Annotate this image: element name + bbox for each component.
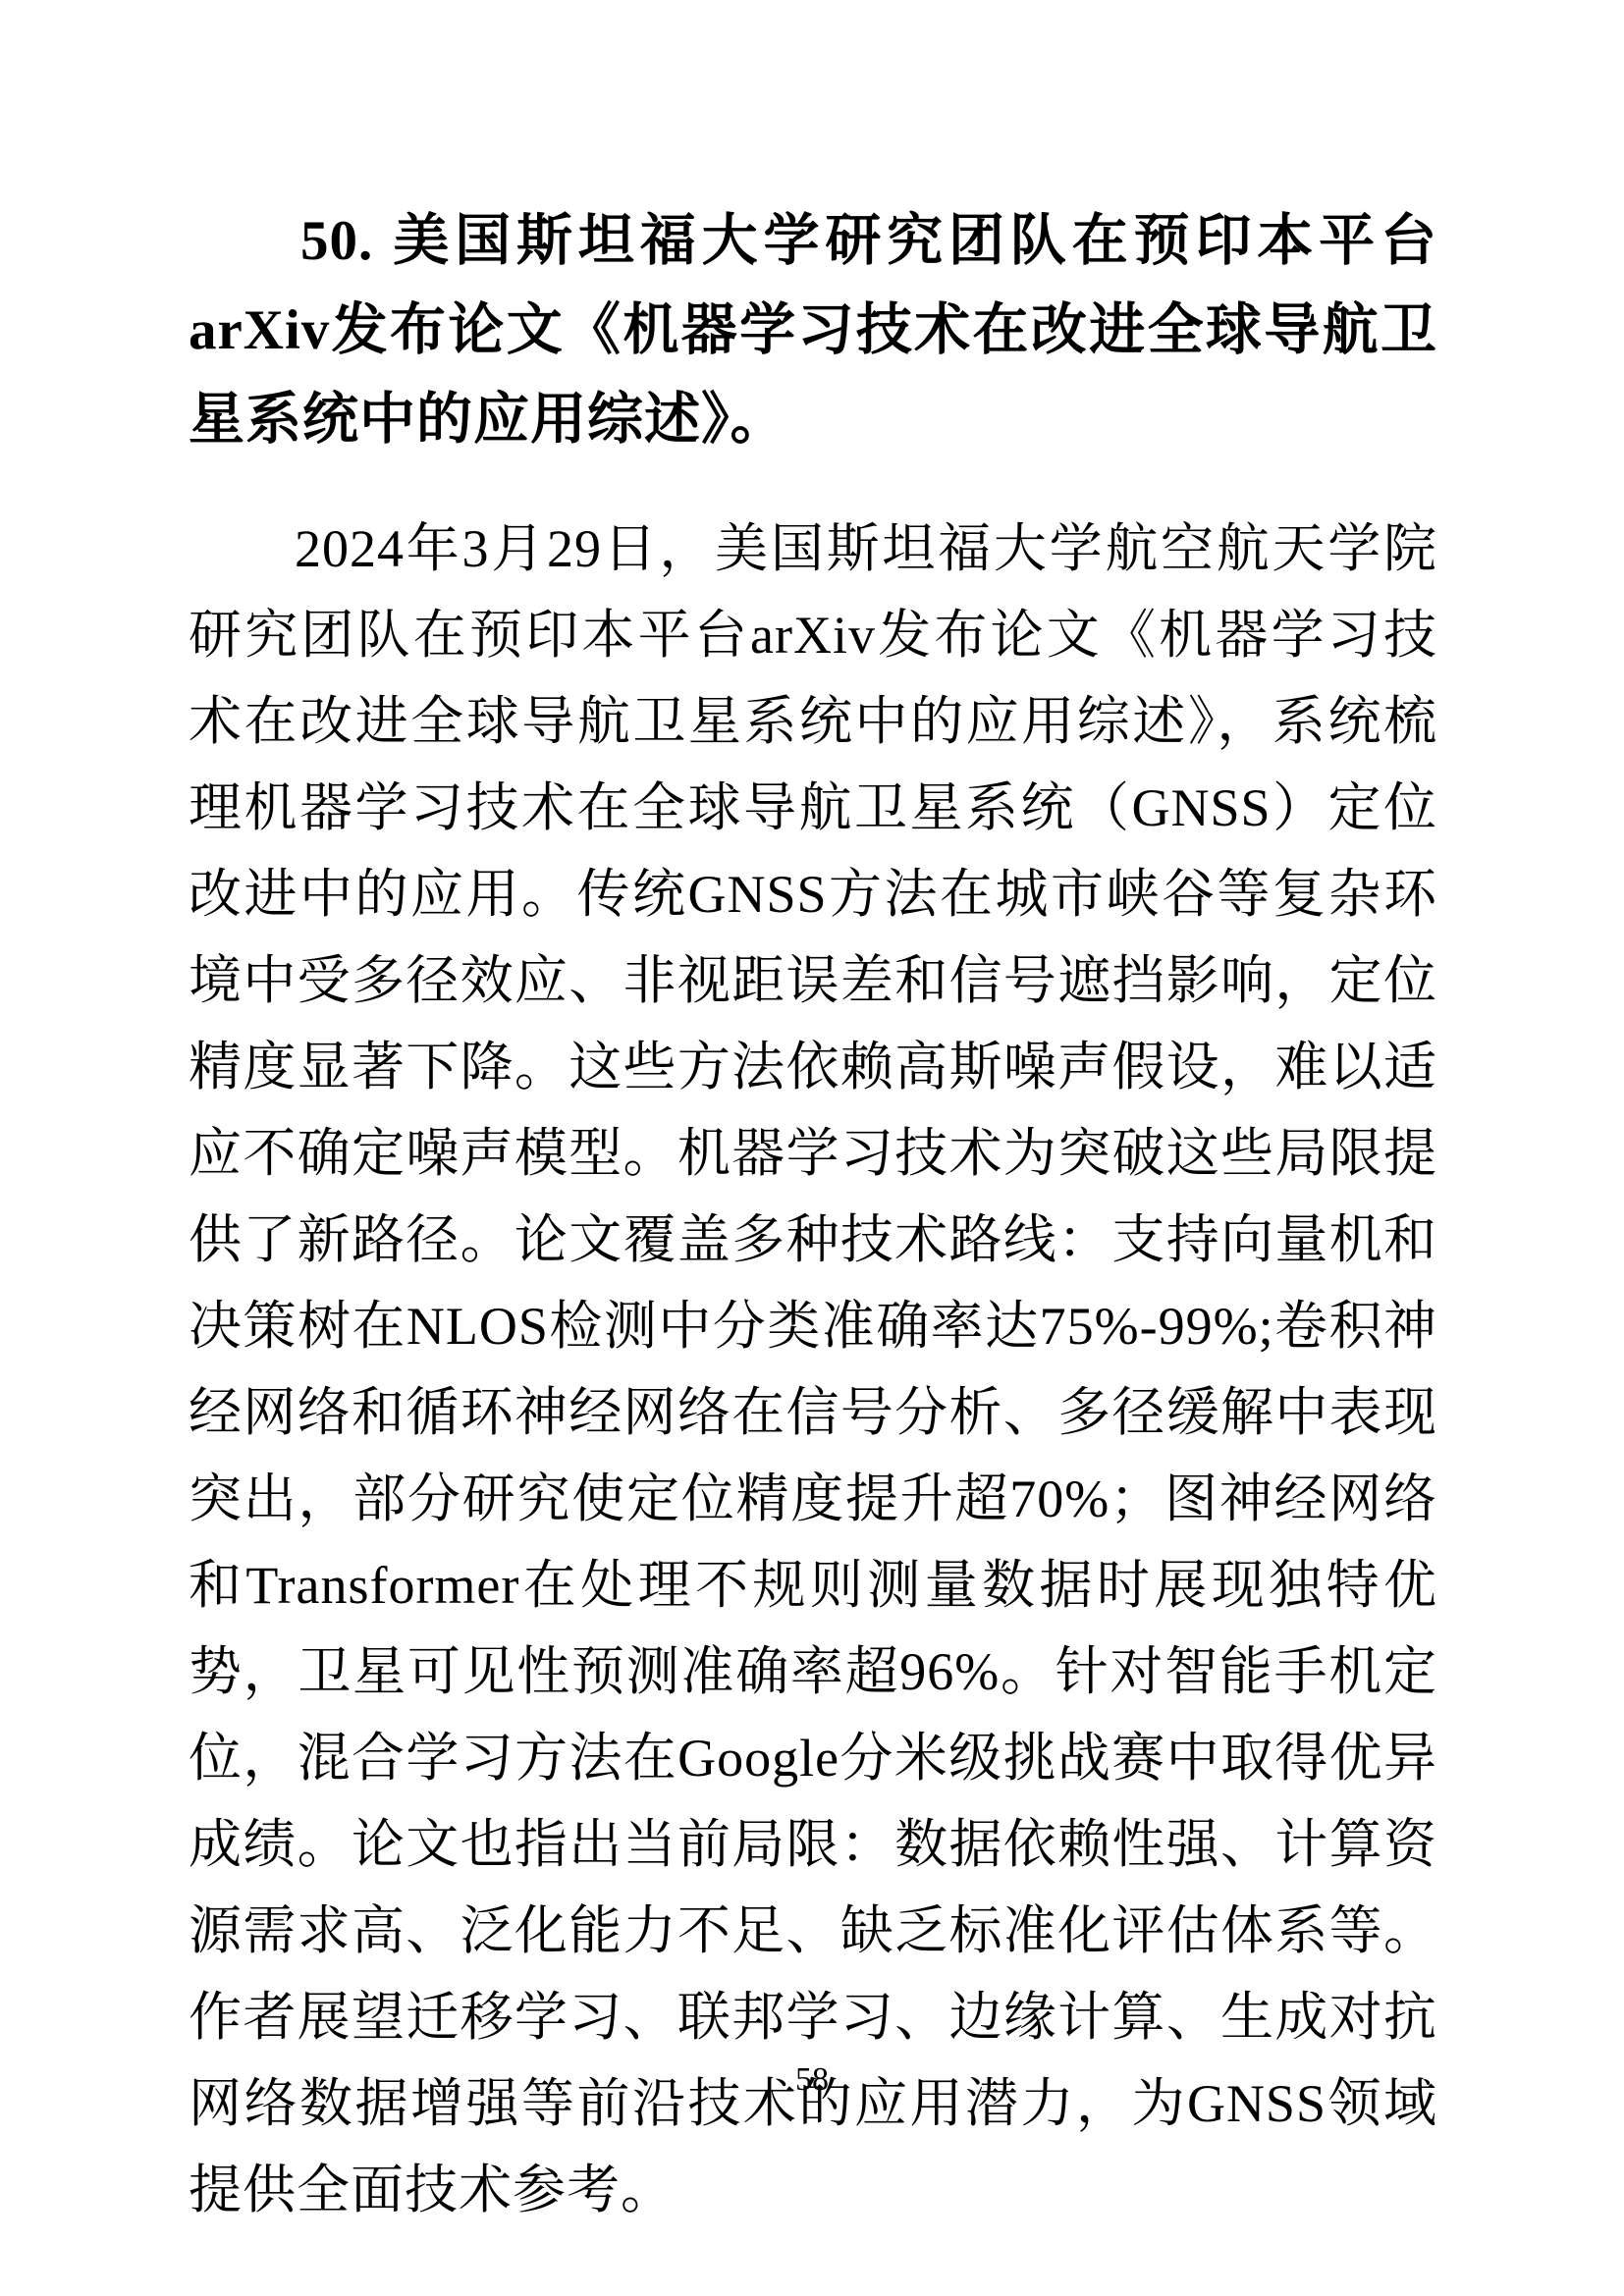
page-content: 50. 美国斯坦福大学研究团队在预印本平台arXiv发布论文《机器学习技术在改进… — [0, 0, 1624, 2233]
document-page: 50. 美国斯坦福大学研究团队在预印本平台arXiv发布论文《机器学习技术在改进… — [0, 0, 1624, 2296]
section-heading: 50. 美国斯坦福大学研究团队在预印本平台arXiv发布论文《机器学习技术在改进… — [189, 196, 1437, 464]
body-paragraph: 2024年3月29日，美国斯坦福大学航空航天学院研究团队在预印本平台arXiv发… — [189, 506, 1437, 2233]
page-number: 58 — [0, 2060, 1624, 2100]
